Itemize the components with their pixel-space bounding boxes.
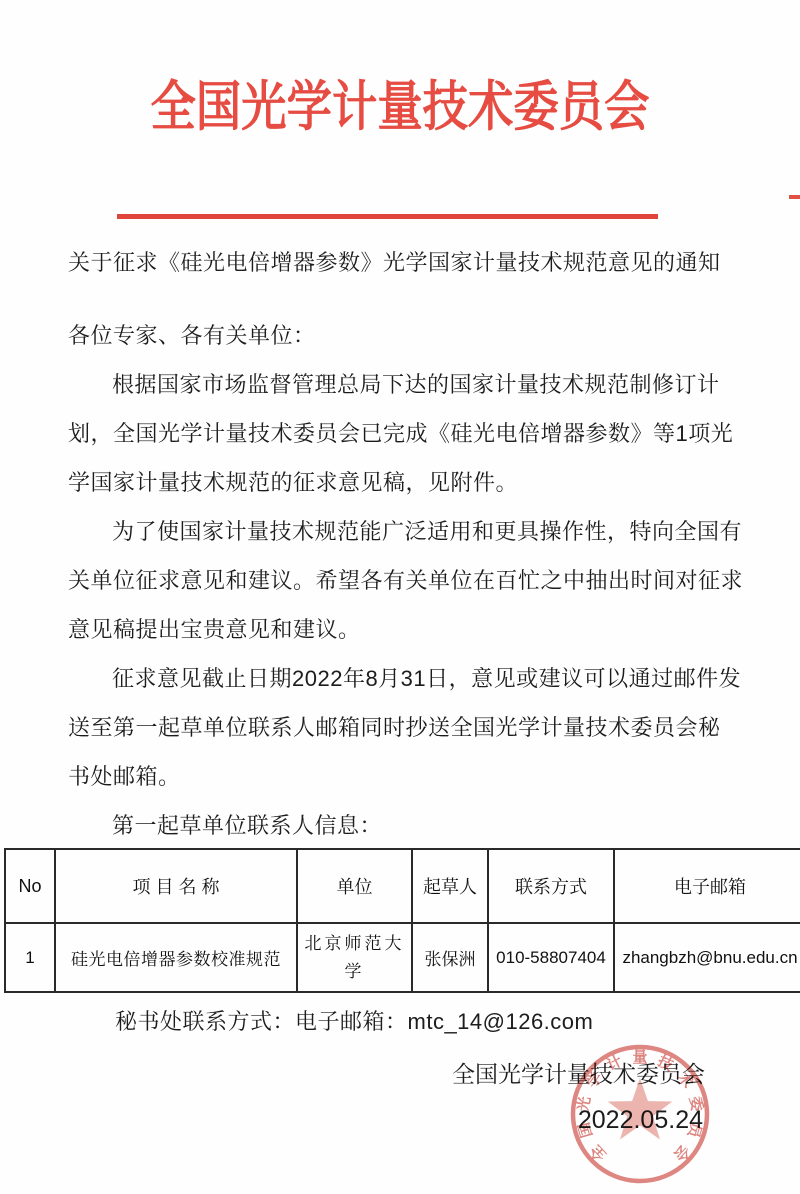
letter-line: 关单位征求意见和建议。希望各有关单位在百忙之中抽出时间对征求 [68, 556, 736, 605]
cell-drafter: 张保洲 [412, 923, 488, 992]
header-drafter: 起草人 [412, 849, 488, 923]
official-seal: 全 国 光 学 计 量 技 术 委 员 会 [566, 1040, 714, 1188]
header-email: 电子邮箱 [614, 849, 800, 923]
header-no: No [5, 849, 55, 923]
star-icon [608, 1078, 673, 1140]
secretariat-contact: 秘书处联系方式：电子邮箱：mtc_14@126.com [115, 1005, 593, 1036]
svg-text:光: 光 [575, 1095, 594, 1113]
header-phone: 联系方式 [488, 849, 614, 923]
scan-artifact [789, 195, 800, 199]
cell-unit: 北京师范大学 [297, 923, 412, 992]
letter-salutation: 各位专家、各有关单位： [68, 311, 736, 360]
letter-line: 第一起草单位联系人信息： [68, 801, 736, 850]
header-unit: 单位 [297, 849, 412, 923]
letter-line: 根据国家市场监督管理总局下达的国家计量技术规范制修订计 [68, 360, 736, 409]
svg-text:量: 量 [632, 1048, 647, 1066]
table-row: 1 硅光电倍增器参数校准规范 北京师范大学 张保洲 010-58807404 z… [5, 923, 800, 992]
header-project-name: 项 目 名 称 [55, 849, 297, 923]
letter-line: 送至第一起草单位联系人邮箱同时抄送全国光学计量技术委员会秘 [68, 703, 736, 752]
letter-line: 征求意见截止日期2022年8月31日，意见或建议可以通过邮件发 [68, 654, 736, 703]
letter-subject: 关于征求《硅光电倍增器参数》光学国家计量技术规范意见的通知 [68, 238, 736, 287]
letter-line: 划，全国光学计量技术委员会已完成《硅光电倍增器参数》等1项光 [68, 409, 736, 458]
scanned-notice-document: 全国光学计量技术委员会 关于征求《硅光电倍增器参数》光学国家计量技术规范意见的通… [0, 0, 800, 1194]
table-header-row: No 项 目 名 称 单位 起草人 联系方式 电子邮箱 [5, 849, 800, 923]
organization-name: 全国光学计量技术委员会 [151, 76, 650, 138]
letterhead-divider [117, 214, 658, 219]
cell-phone: 010-58807404 [488, 923, 614, 992]
letterhead-title: 全国光学计量技术委员会 [0, 76, 800, 138]
letter-line: 学国家计量技术规范的征求意见稿，见附件。 [68, 458, 736, 507]
letter-line: 为了使国家计量技术规范能广泛适用和更具操作性，特向全国有 [68, 507, 736, 556]
contact-info-table: No 项 目 名 称 单位 起草人 联系方式 电子邮箱 1 硅光电倍增器参数校准… [4, 848, 800, 993]
letter-line: 意见稿提出宝贵意见和建议。 [68, 605, 736, 654]
cell-no: 1 [5, 923, 55, 992]
letter-line: 书处邮箱。 [68, 752, 736, 801]
cell-project-name: 硅光电倍增器参数校准规范 [55, 923, 297, 992]
cell-email: zhangbzh@bnu.edu.cn [614, 923, 800, 992]
letter-body: 关于征求《硅光电倍增器参数》光学国家计量技术规范意见的通知 各位专家、各有关单位… [68, 238, 736, 850]
